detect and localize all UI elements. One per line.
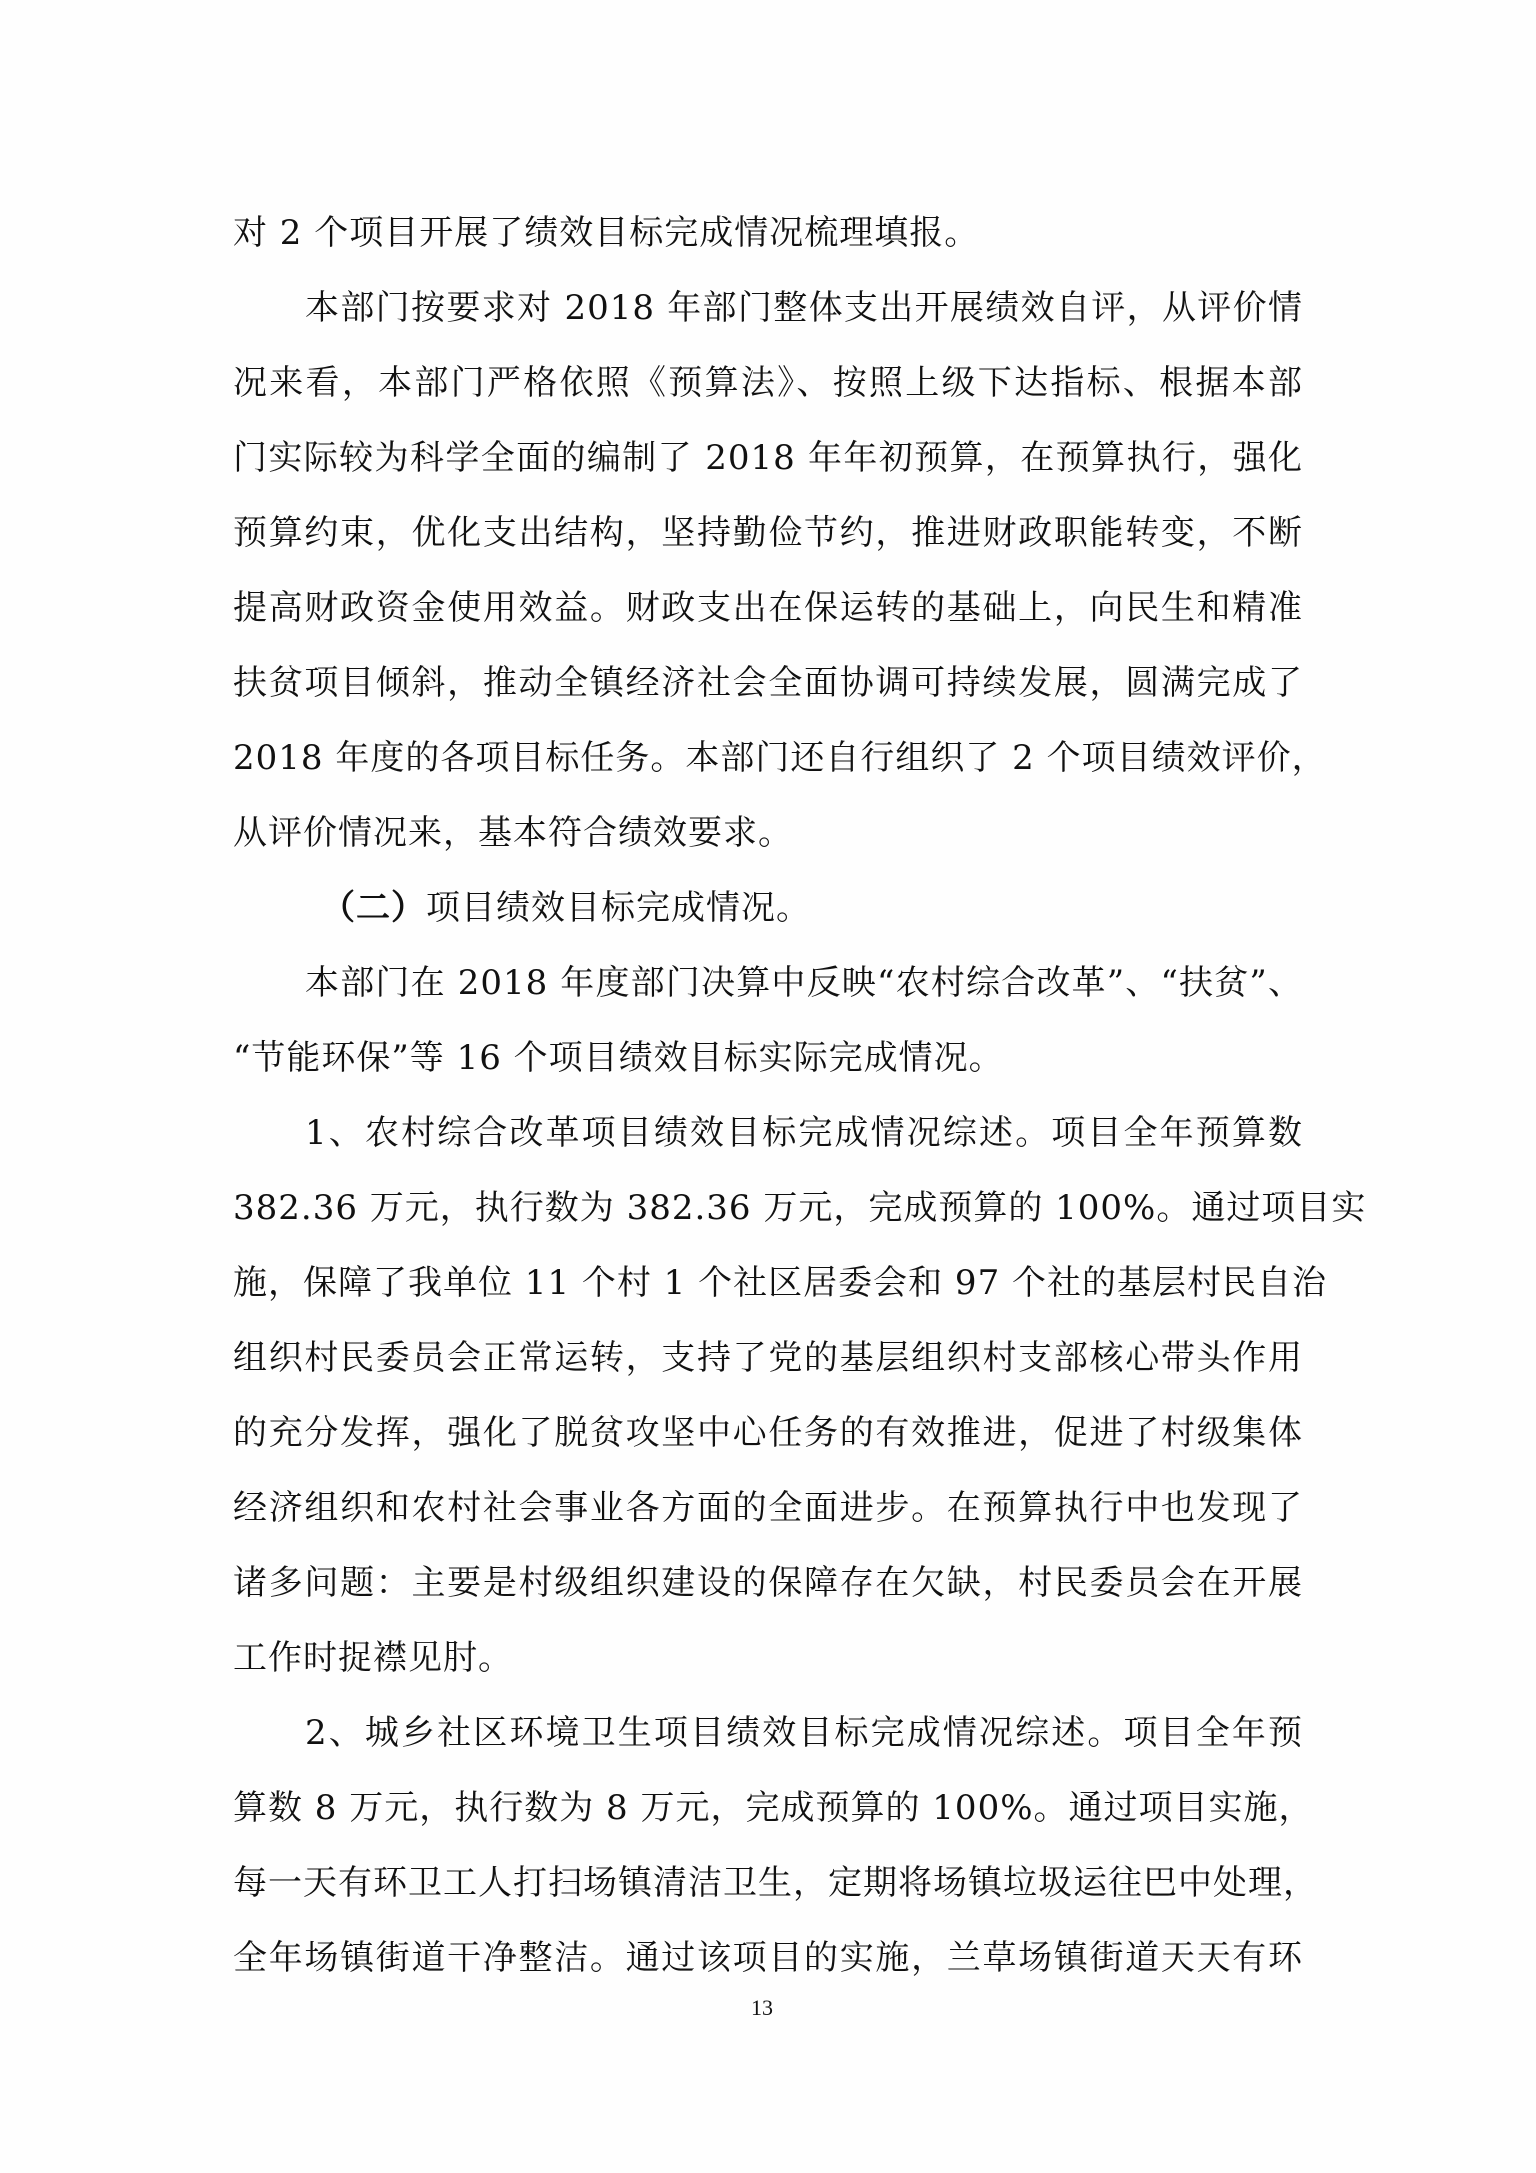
text-line-17: 的充分发挥，强化了脱贫攻坚中心任务的有效推进，促进了村级集体	[233, 1408, 1303, 1458]
text-line-23: 每一天有环卫工人打扫场镇清洁卫生，定期将场镇垃圾运往巴中处理，	[233, 1858, 1303, 1908]
text-line-21: 2、城乡社区环境卫生项目绩效目标完成情况综述。项目全年预	[233, 1708, 1303, 1758]
text-line-6: 提高财政资金使用效益。财政支出在保运转的基础上，向民生和精准	[233, 583, 1303, 633]
section-number-mark: （二）	[321, 888, 426, 928]
text-line-12: “节能环保”等 16 个项目绩效目标实际完成情况。	[233, 1033, 1303, 1083]
text-line-9: 从评价情况来，基本符合绩效要求。	[233, 808, 1303, 858]
text-line-4: 门实际较为科学全面的编制了 2018 年年初预算，在预算执行，强化	[233, 433, 1303, 483]
text-line-14: 382.36 万元，执行数为 382.36 万元，完成预算的 100%。通过项目…	[233, 1183, 1303, 1233]
text-line-1: 对 2 个项目开展了绩效目标完成情况梳理填报。	[233, 208, 1303, 258]
text-line-19: 诸多问题：主要是村级组织建设的保障存在欠缺，村民委员会在开展	[233, 1558, 1303, 1608]
text-line-7: 扶贫项目倾斜，推动全镇经济社会全面协调可持续发展，圆满完成了	[233, 658, 1303, 708]
text-line-20: 工作时捉襟见肘。	[233, 1633, 1303, 1683]
document-page: 对 2 个项目开展了绩效目标完成情况梳理填报。 本部门按要求对 2018 年部门…	[0, 0, 1536, 2173]
text-line-2: 本部门按要求对 2018 年部门整体支出开展绩效自评，从评价情	[233, 283, 1303, 333]
text-line-13: 1、农村综合改革项目绩效目标完成情况综述。项目全年预算数	[233, 1108, 1303, 1158]
text-line-18: 经济组织和农村社会事业各方面的全面进步。在预算执行中也发现了	[233, 1483, 1303, 1533]
text-line-22: 算数 8 万元，执行数为 8 万元，完成预算的 100%。通过项目实施，	[233, 1783, 1303, 1833]
text-line-3: 况来看，本部门严格依照《预算法》、按照上级下达指标、根据本部	[233, 358, 1303, 408]
text-line-24: 全年场镇街道干净整洁。通过该项目的实施，兰草场镇街道天天有环	[233, 1933, 1303, 1983]
text-line-5: 预算约束，优化支出结构，坚持勤俭节约，推进财政职能转变，不断	[233, 508, 1303, 558]
text-line-8: 2018 年度的各项目标任务。本部门还自行组织了 2 个项目绩效评价，	[233, 733, 1303, 783]
text-line-16: 组织村民委员会正常运转，支持了党的基层组织村支部核心带头作用	[233, 1333, 1303, 1383]
page-number: 13	[740, 1994, 784, 2022]
section-heading: （二）项目绩效目标完成情况。	[233, 883, 1303, 933]
text-line-11: 本部门在 2018 年度部门决算中反映“农村综合改革”、“扶贫”、	[233, 958, 1303, 1008]
text-line-15: 施，保障了我单位 11 个村 1 个社区居委会和 97 个社的基层村民自治	[233, 1258, 1303, 1308]
section-heading-text: 项目绩效目标完成情况。	[426, 888, 811, 928]
